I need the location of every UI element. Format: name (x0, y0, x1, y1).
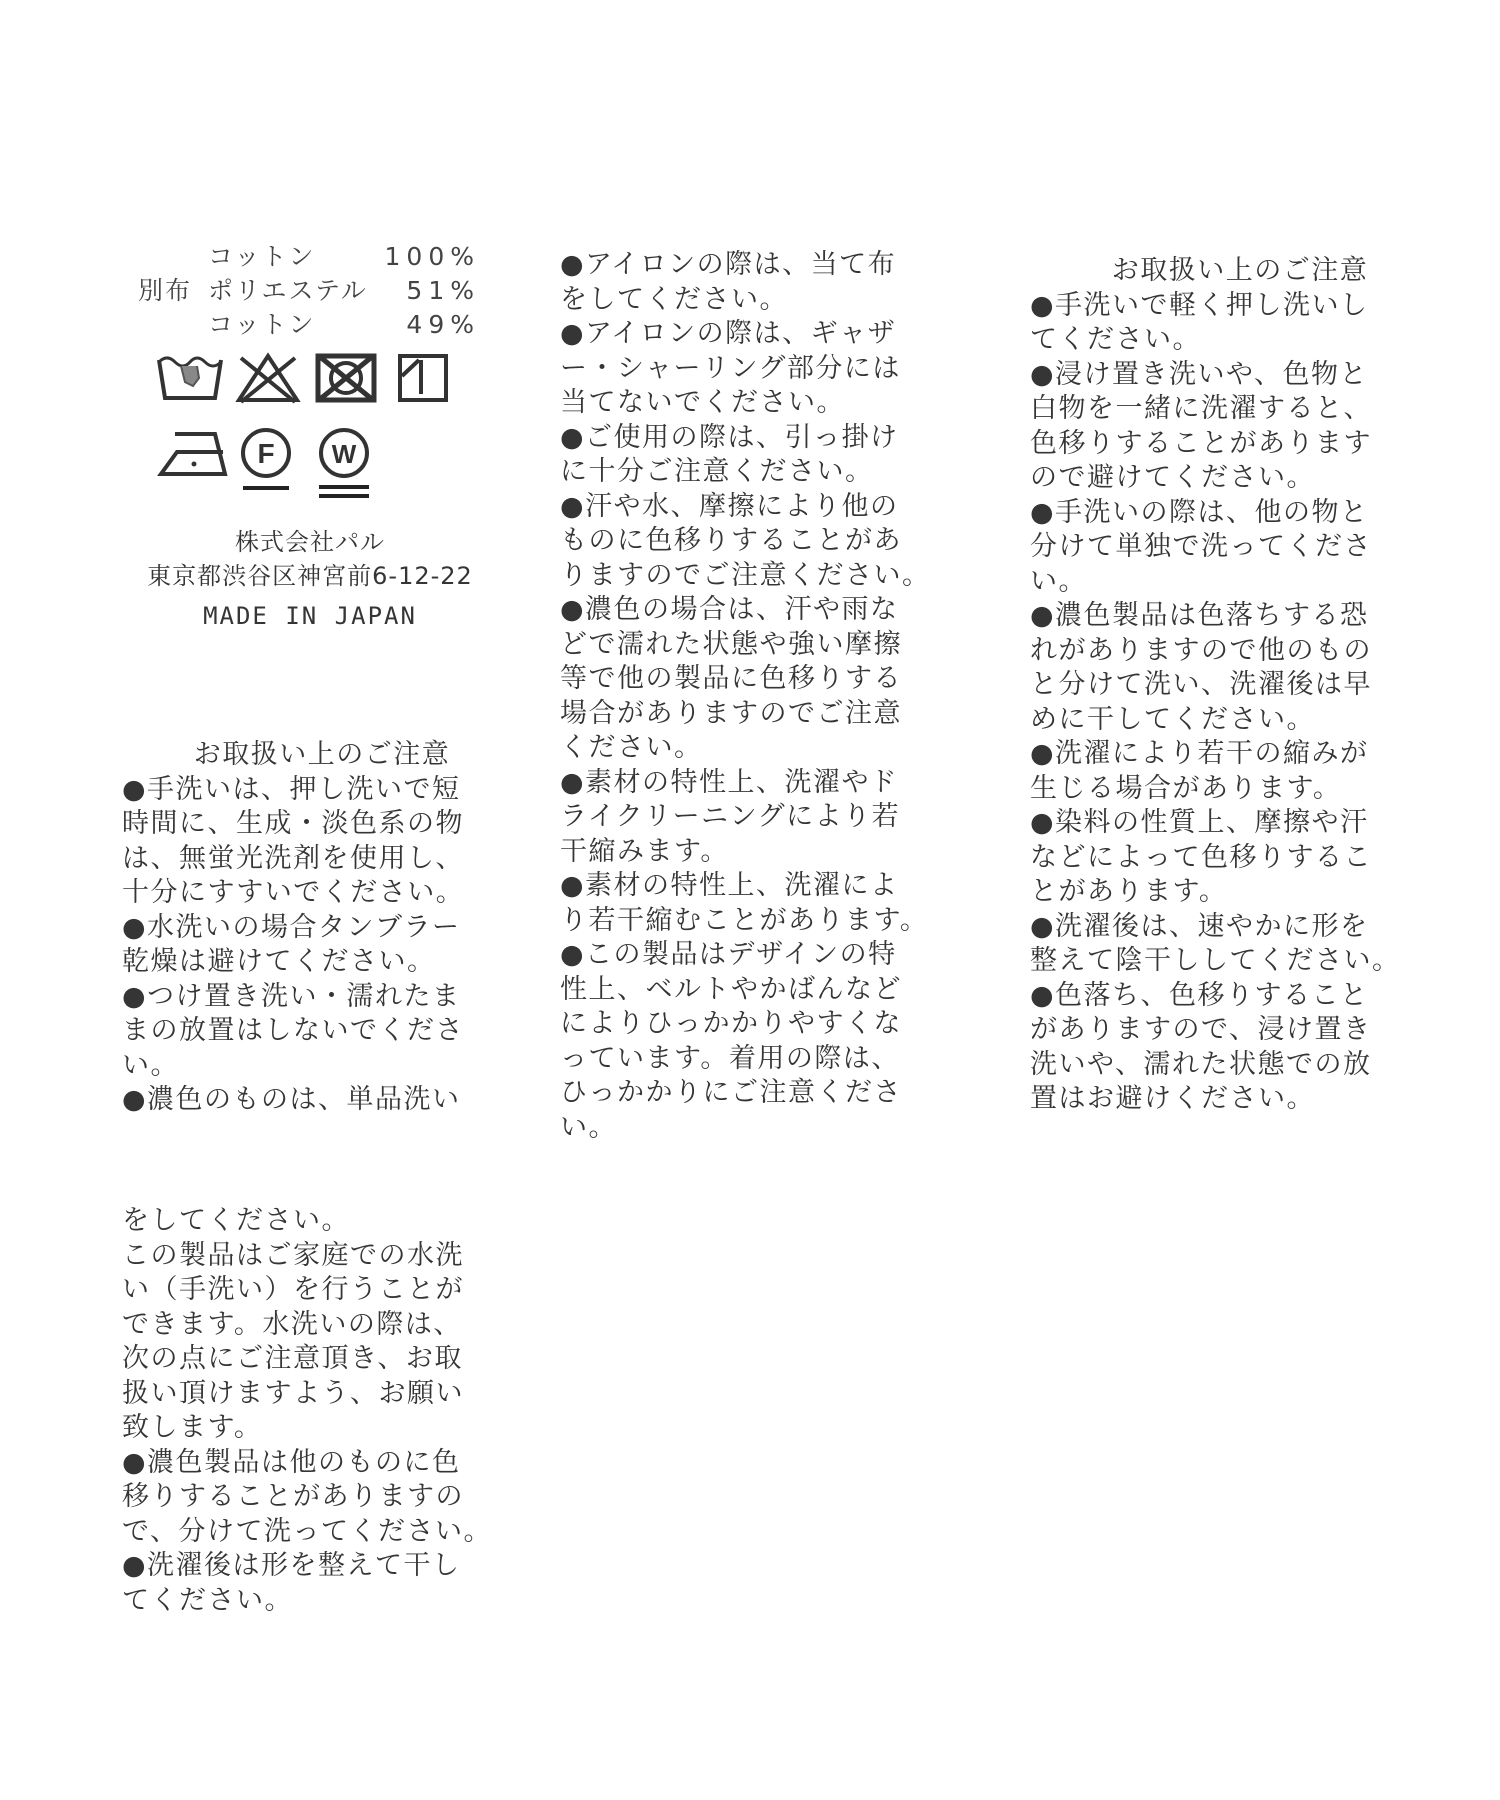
note-line: ください。 (560, 731, 980, 766)
composition-prefix: 別布 (138, 274, 192, 308)
composition-percent: 100% (385, 240, 480, 274)
note-line: 当てないでください。 (560, 386, 980, 421)
note-line: ●濃色の場合は、汗や雨な (560, 593, 980, 628)
note-line: ●手洗いで軽く押し洗いし (1030, 289, 1450, 324)
note-line: ●洗濯後は、速やかに形を (1030, 910, 1450, 945)
note-line: は、無蛍光洗剤を使用し、 (122, 842, 522, 877)
care-notes-column-3: お取扱い上のご注意 ●手洗いで軽く押し洗いし てください。 ●浸け置き洗いや、色… (1030, 254, 1450, 1117)
care-notes-column-1-continued: をしてください。 この製品はご家庭での水洗 い（手洗い）を行うことが できます。… (122, 1204, 542, 1618)
note-line: ●水洗いの場合タンブラー (122, 911, 522, 946)
note-line: ●手洗いは、押し洗いで短 (122, 773, 522, 808)
note-line: によりひっかかりやすくな (560, 1007, 980, 1042)
note-line: できます。水洗いの際は、 (122, 1308, 542, 1343)
composition-row: 別布 ポリエステル 51% (120, 274, 480, 308)
note-line: ライクリーニングにより若 (560, 800, 980, 835)
note-line: まの放置はしないでくださ (122, 1014, 522, 1049)
note-line: い。 (122, 1049, 522, 1084)
note-line: ●手洗いの際は、他の物と (1030, 496, 1450, 531)
note-line: めに干してください。 (1030, 703, 1450, 738)
note-line: 等で他の製品に色移りする (560, 662, 980, 697)
composition-row: コットン 100% (120, 240, 480, 274)
note-line: 移りすることがありますの (122, 1480, 542, 1515)
note-line: れがありますので他のもの (1030, 634, 1450, 669)
note-line: ●この製品はデザインの特 (560, 938, 980, 973)
note-line: ●濃色製品は他のものに色 (122, 1446, 542, 1481)
note-line: ●浸け置き洗いや、色物と (1030, 358, 1450, 393)
note-line: をしてください。 (560, 283, 980, 318)
note-line: がありますので、浸け置き (1030, 1013, 1450, 1048)
composition-percent: 49% (406, 308, 480, 342)
company-name: 株式会社パル (120, 525, 500, 559)
note-line: をしてください。 (122, 1204, 542, 1239)
note-line: り若干縮むことがあります。 (560, 904, 980, 939)
svg-text:F: F (257, 438, 274, 469)
note-line: 次の点にご注意頂き、お取 (122, 1342, 542, 1377)
note-line: 分けて単独で洗ってくださ (1030, 530, 1450, 565)
wet-clean-w-icon: W (313, 426, 375, 506)
note-line: ものに色移りすることがあ (560, 524, 980, 559)
no-tumble-dry-icon (315, 352, 377, 404)
note-line: ●汗や水、摩擦により他の (560, 490, 980, 525)
note-line: ●素材の特性上、洗濯によ (560, 869, 980, 904)
composition-material: コットン (208, 240, 316, 274)
note-line: 乾燥は避けてください。 (122, 945, 522, 980)
note-line: ●濃色のものは、単品洗い (122, 1083, 522, 1118)
note-line: 白物を一緒に洗濯すると、 (1030, 392, 1450, 427)
note-line: に十分ご注意ください。 (560, 455, 980, 490)
iron-low-icon (157, 430, 231, 480)
note-line: 色移りすることがあります (1030, 427, 1450, 462)
note-line: い。 (560, 1111, 980, 1146)
company-info: 株式会社パル 東京都渋谷区神宮前6-12-22 MADE IN JAPAN (120, 525, 500, 633)
no-bleach-icon (235, 352, 301, 404)
note-line: ●洗濯後は形を整えて干し (122, 1549, 542, 1584)
care-notes-column-2: ●アイロンの際は、当て布 をしてください。 ●アイロンの際は、ギャザ ー・シャー… (560, 248, 980, 1145)
note-line: 性上、ベルトやかばんなど (560, 973, 980, 1008)
note-line: 置はお避けください。 (1030, 1082, 1450, 1117)
note-line: とがあります。 (1030, 875, 1450, 910)
note-line: と分けて洗い、洗濯後は早 (1030, 668, 1450, 703)
note-line: ●染料の性質上、摩擦や汗 (1030, 806, 1450, 841)
note-line: 生じる場合があります。 (1030, 772, 1450, 807)
note-line: 洗いや、濡れた状態での放 (1030, 1048, 1450, 1083)
svg-text:W: W (332, 439, 357, 469)
country-of-origin: MADE IN JAPAN (120, 599, 500, 633)
note-line: ●濃色製品は色落ちする恐 (1030, 599, 1450, 634)
composition-material: ポリエステル (208, 274, 368, 308)
note-line: ●つけ置き洗い・濡れたま (122, 980, 522, 1015)
note-line: ひっかかりにご注意くださ (560, 1076, 980, 1111)
note-line: ●ご使用の際は、引っ掛け (560, 421, 980, 456)
composition-row: コットン 49% (120, 308, 480, 342)
note-line: ●洗濯により若干の縮みが (1030, 737, 1450, 772)
composition-material: コットン (208, 308, 316, 342)
note-line: 干縮みます。 (560, 835, 980, 870)
note-line: で、分けて洗ってください。 (122, 1515, 542, 1550)
note-line: ●素材の特性上、洗濯やド (560, 766, 980, 801)
note-line: い（手洗い）を行うことが (122, 1273, 542, 1308)
note-line: ●アイロンの際は、ギャザ (560, 317, 980, 352)
note-line: ので避けてください。 (1030, 461, 1450, 496)
composition-percent: 51% (406, 274, 480, 308)
section-heading: お取扱い上のご注意 (1030, 254, 1450, 289)
line-dry-shade-icon (397, 352, 449, 404)
care-notes-column-1: お取扱い上のご注意 ●手洗いは、押し洗いで短 時間に、生成・淡色系の物 は、無蛍… (122, 738, 522, 1118)
dry-clean-f-icon: F (237, 426, 295, 498)
hand-wash-icon (155, 352, 225, 404)
note-line: ●アイロンの際は、当て布 (560, 248, 980, 283)
note-line: 時間に、生成・淡色系の物 (122, 807, 522, 842)
note-line: 十分にすすいでください。 (122, 876, 522, 911)
note-line: ー・シャーリング部分には (560, 352, 980, 387)
section-heading: お取扱い上のご注意 (122, 738, 522, 773)
note-line: 整えて陰干ししてください。 (1030, 944, 1450, 979)
note-line: 場合がありますのでご注意 (560, 697, 980, 732)
note-line: てください。 (1030, 323, 1450, 358)
note-line: りますのでご注意ください。 (560, 559, 980, 594)
company-address: 東京都渋谷区神宮前6-12-22 (120, 559, 500, 593)
note-line: てください。 (122, 1584, 542, 1619)
note-line: い。 (1030, 565, 1450, 600)
note-line: どで濡れた状態や強い摩擦 (560, 628, 980, 663)
note-line: この製品はご家庭での水洗 (122, 1239, 542, 1274)
note-line: っています。着用の際は、 (560, 1042, 980, 1077)
note-line: などによって色移りするこ (1030, 841, 1450, 876)
note-line: 致します。 (122, 1411, 542, 1446)
note-line: 扱い頂けますよう、お願い (122, 1377, 542, 1412)
note-line: ●色落ち、色移りすること (1030, 979, 1450, 1014)
fabric-composition: コットン 100% 別布 ポリエステル 51% コットン 49% (120, 240, 480, 342)
